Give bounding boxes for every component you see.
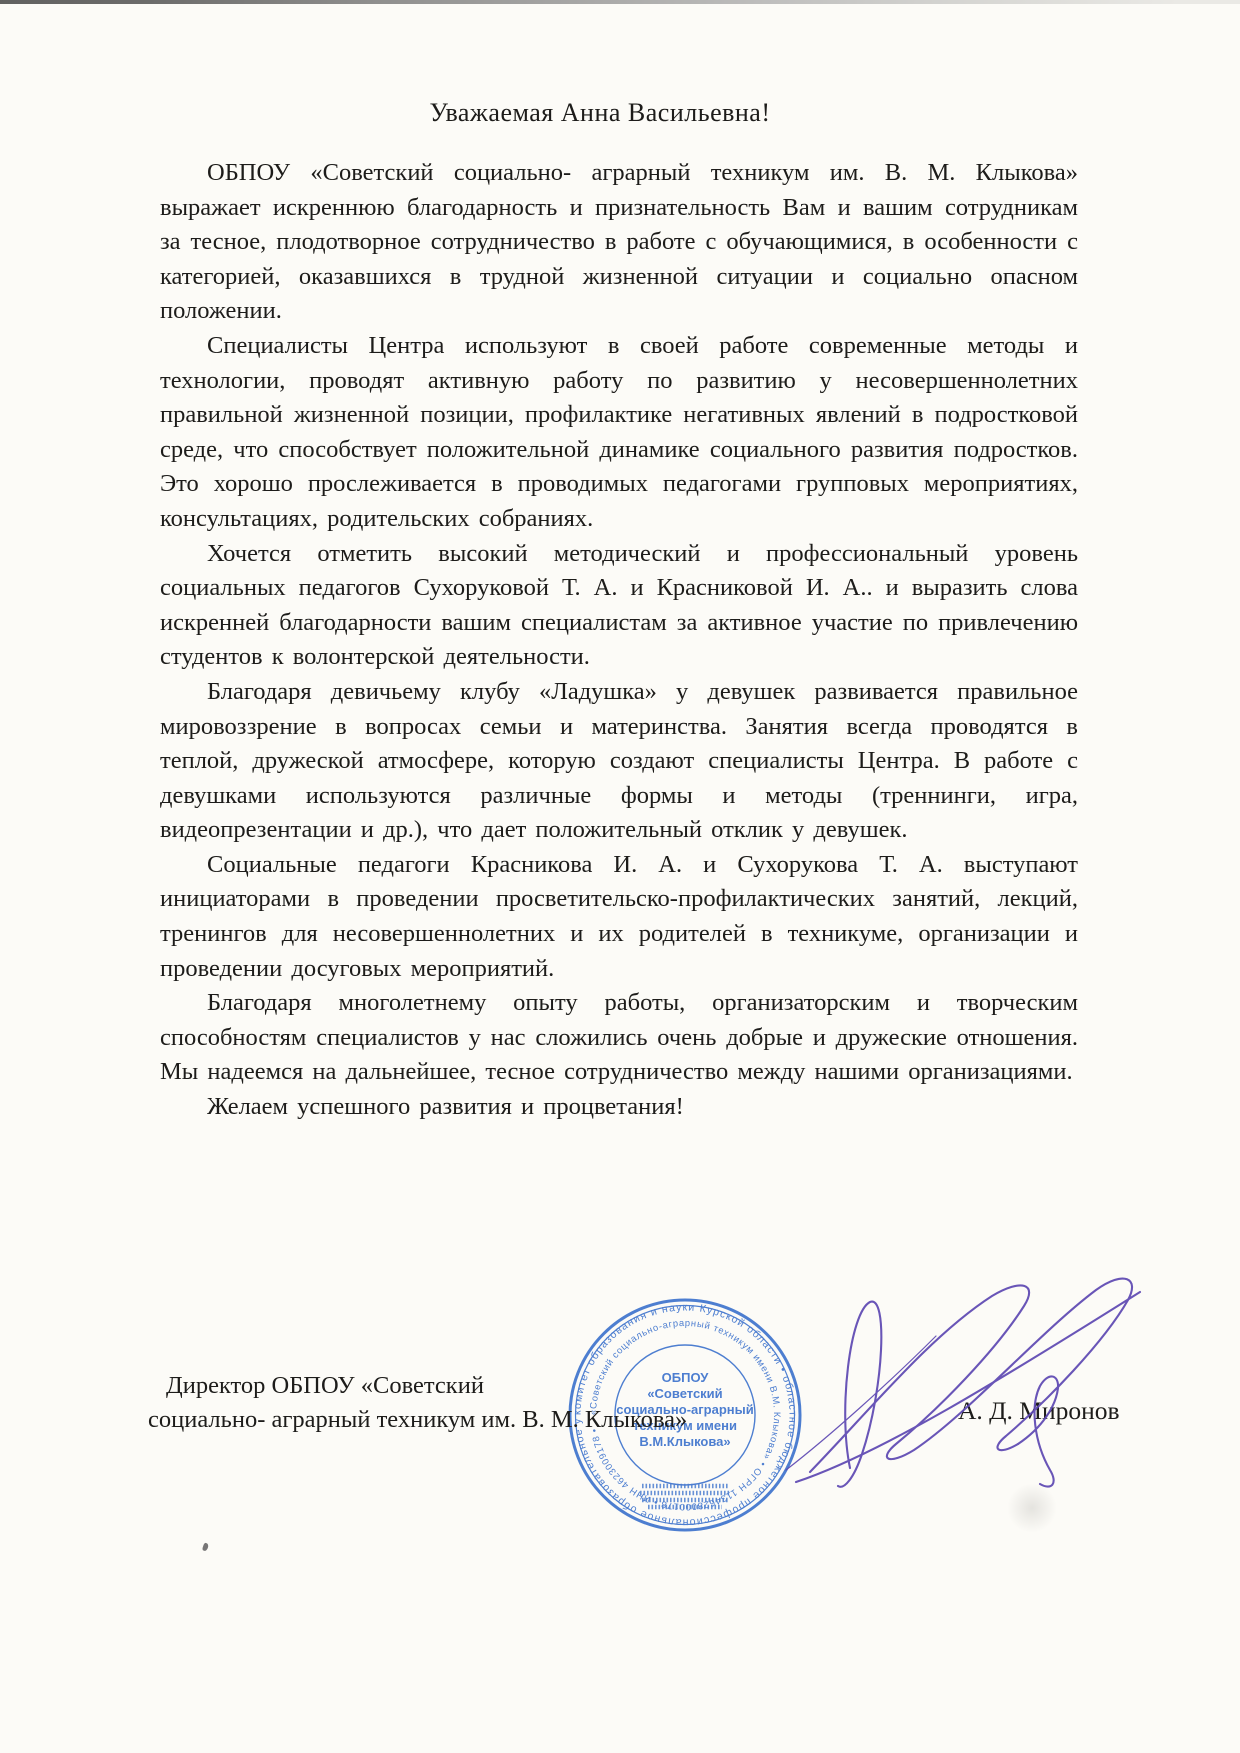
signature-role-line1: Директор ОБПОУ «Советский [148, 1369, 687, 1403]
letter-paragraph: Социальные педагоги Красникова И. А. и С… [160, 848, 1078, 986]
scanned-letter-page: Уважаемая Анна Васильевна! ОБПОУ «Советс… [0, 0, 1240, 1753]
handwritten-signature [700, 1240, 1170, 1510]
letter-paragraph: Желаем успешного развития и процветания! [160, 1090, 1078, 1125]
letter-paragraph: Специалисты Центра используют в своей ра… [160, 329, 1078, 537]
letter-salutation: Уважаемая Анна Васильевна! [160, 98, 1040, 128]
letter-paragraph: Хочется отметить высокий методический и … [160, 537, 1078, 675]
scan-artifact-top-edge [0, 0, 1240, 4]
signature-stroke-main-loops [810, 1279, 1132, 1472]
signature-role-block: Директор ОБПОУ «Советский социально- агр… [148, 1369, 687, 1436]
letter-paragraph: Благодаря многолетнему опыту работы, орг… [160, 986, 1078, 1090]
letter-paragraph: Благодаря девичьему клубу «Ладушка» у де… [160, 675, 1078, 848]
letter-body: ОБПОУ «Советский социально- аграрный тех… [160, 156, 1078, 1125]
scan-speck [202, 1542, 209, 1551]
letter-paragraph: ОБПОУ «Советский социально- аграрный тех… [160, 156, 1078, 329]
signature-role-line2: социально- аграрный техникум им. В. М. К… [148, 1403, 687, 1437]
